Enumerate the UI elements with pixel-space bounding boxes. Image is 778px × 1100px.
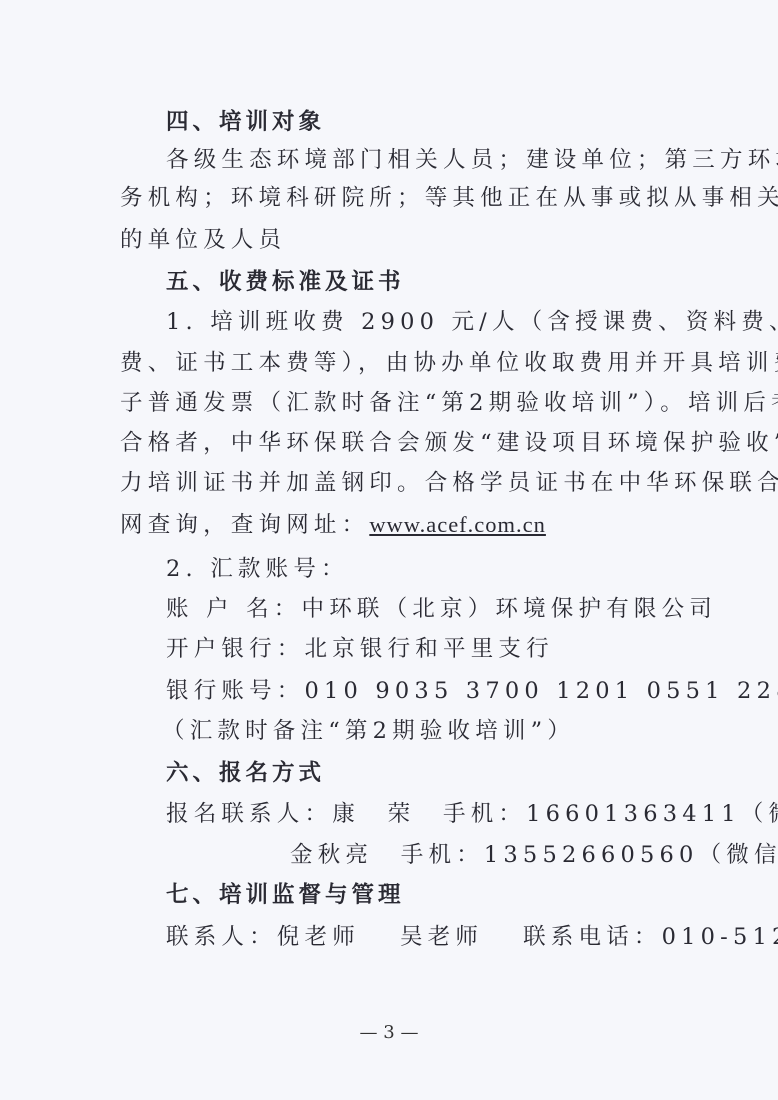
bank-name: 开户银行：北京银行和平里支行 bbox=[166, 634, 554, 664]
section-5-heading: 五、收费标准及证书 bbox=[166, 267, 405, 297]
section-5-line-1: 1. 培训班收费 2900 元/人（含授课费、资料费、考试 bbox=[166, 307, 778, 337]
account-number: 银行账号：010 9035 3700 1201 0551 2282 bbox=[166, 676, 778, 706]
page-number: — 3 — bbox=[0, 1022, 778, 1043]
section-4-line-3: 的单位及人员 bbox=[120, 225, 286, 255]
section-5-line-4: 合格者，中华环保联合会颁发“建设项目环境保护验收”能 bbox=[120, 428, 778, 458]
account-name: 账 户 名：中环联（北京）环境保护有限公司 bbox=[166, 594, 717, 624]
section-7-heading: 七、培训监督与管理 bbox=[166, 880, 405, 910]
section-4-heading: 四、培训对象 bbox=[166, 107, 325, 137]
remittance-remark: （汇款时备注“第2期验收培训”） bbox=[162, 716, 575, 746]
section-4-line-1: 各级生态环境部门相关人员；建设单位；第三方环境服 bbox=[166, 145, 778, 175]
registration-contact-2: 金秋亮 手机：13552660560（微信同号） bbox=[290, 840, 778, 870]
acef-website-link[interactable]: www.acef.com.cn bbox=[369, 512, 546, 537]
section-5-query-line: 网查询，查询网址：www.acef.com.cn bbox=[120, 510, 546, 540]
section-5-line-5: 力培训证书并加盖钢印。合格学员证书在中华环保联合会官 bbox=[120, 468, 778, 498]
query-prefix: 网查询，查询网址： bbox=[120, 512, 369, 538]
section-6-heading: 六、报名方式 bbox=[166, 758, 325, 788]
section-5-line-3: 子普通发票（汇款时备注“第2期验收培训”）。培训后考试 bbox=[120, 388, 778, 418]
account-title: 2. 汇款账号： bbox=[166, 554, 349, 584]
section-4-line-2: 务机构；环境科研院所；等其他正在从事或拟从事相关工作 bbox=[120, 183, 778, 213]
supervision-contact: 联系人：倪老师 吴老师 联系电话：010-51230063 bbox=[166, 922, 778, 952]
registration-contact-1: 报名联系人：康 荣 手机：16601363411（微信同号） bbox=[166, 799, 778, 829]
section-5-line-2: 费、证书工本费等），由协办单位收取费用并开具培训费电 bbox=[120, 348, 778, 378]
